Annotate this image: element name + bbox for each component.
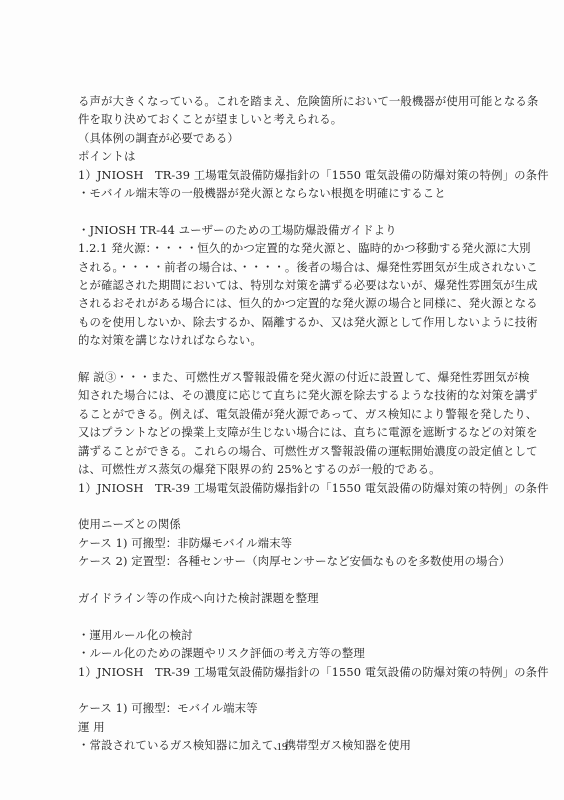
text-line: 又はプラントなどの操業上支障が生じない場合には、直ちに電源を遮断するなどの対策を [78,423,488,441]
paragraph-commentary: 解 説③・・・また、可燃性ガス警報設備を発火源の付近に設置して、爆発性雰囲気が検… [78,368,488,497]
text-line: 1）JNIOSH TR-39 工場電気設備防爆指針の「1550 電気設備の防爆対… [78,166,488,184]
text-line: ・運用ルール化の検討 [78,626,488,644]
text-line: 1）JNIOSH TR-39 工場電気設備防爆指針の「1550 電気設備の防爆対… [78,479,488,497]
spacer [78,571,488,589]
text-line: ・JNIOSH TR-44 ユーザーのための工場防爆設備ガイドより [78,221,488,239]
paragraph-guideline-issues: ガイドライン等の作成へ向けた検討課題を整理 [78,589,488,607]
document-page: る声が大きくなっている。これを踏まえ、危険箇所において一般機器が使用可能となる条… [0,0,564,800]
text-line: る声が大きくなっている。これを踏まえ、危険箇所において一般機器が使用可能となる条 [78,92,488,110]
spacer [78,497,488,515]
text-line: とが確認された期間においては、特別な対策を講ずる必要はないが、爆発性雰囲気が生成 [78,276,488,294]
text-line: ケース 2) 定置型：各種センサー（肉厚センサーなど安価なものを多数使用の場合） [78,552,488,570]
text-line: ものを使用しないか、除去するか、隔離するか、又は発火源として作用しないように技術 [78,313,488,331]
text-line: 知された場合には、その濃度に応じて直ちに発火源を除去するような技術的な対策を講ず [78,386,488,404]
text-line: 的な対策を講じなければならない。 [78,331,488,349]
text-line: ・ルール化のための課題やリスク評価の考え方等の整理 [78,644,488,662]
text-line: ポイントは [78,147,488,165]
text-line: ることができる。例えば、電気設備が発火源であって、ガス検知により警報を発したり、 [78,405,488,423]
spacer [78,681,488,699]
text-line: される。・・・・前者の場合は、・・・・。後者の場合は、爆発性雰囲気が生成されない… [78,258,488,276]
spacer [78,350,488,368]
spacer [78,202,488,220]
spacer [78,607,488,625]
text-line: は、可燃性ガス蒸気の爆発下限界の約 25%とするのが一般的である。 [78,460,488,478]
text-line: 運 用 [78,718,488,736]
text-line: 講ずることができる。これらの場合、可燃性ガス警報設備の運転開始濃度の設定値として [78,442,488,460]
text-line: 使用ニーズとの関係 [78,515,488,533]
paragraph-intro: る声が大きくなっている。これを踏まえ、危険箇所において一般機器が使用可能となる条… [78,92,488,202]
text-line: 1）JNIOSH TR-39 工場電気設備防爆指針の「1550 電気設備の防爆対… [78,663,488,681]
text-line: 解 説③・・・また、可燃性ガス警報設備を発火源の付近に設置して、爆発性雰囲気が検 [78,368,488,386]
text-line: ケース 1) 可搬型：非防爆モバイル端末等 [78,534,488,552]
text-line: ・モバイル端末等の一般機器が発火源とならない根拠を明確にすること [78,184,488,202]
document-body: る声が大きくなっている。これを踏まえ、危険箇所において一般機器が使用可能となる条… [78,92,488,755]
text-line: （具体例の調査が必要である） [78,129,488,147]
text-line: 1.2.1 発火源：・・・・恒久的かつ定置的な発火源と、臨時的かつ移動する発火源… [78,239,488,257]
paragraph-rules: ・運用ルール化の検討 ・ルール化のための課題やリスク評価の考え方等の整理 1）J… [78,626,488,681]
page-number: 19 [0,741,564,753]
paragraph-tr44: ・JNIOSH TR-44 ユーザーのための工場防爆設備ガイドより 1.2.1 … [78,221,488,350]
text-line: ケース 1) 可搬型：モバイル端末等 [78,699,488,717]
text-line: 件を取り決めておくことが望ましいと考えられる。 [78,110,488,128]
paragraph-usage-needs: 使用ニーズとの関係 ケース 1) 可搬型：非防爆モバイル端末等 ケース 2) 定… [78,515,488,570]
text-line: されるおそれがある場合には、恒久的かつ定置的な発火源の場合と同様に、発火源となる [78,294,488,312]
text-line: ガイドライン等の作成へ向けた検討課題を整理 [78,589,488,607]
